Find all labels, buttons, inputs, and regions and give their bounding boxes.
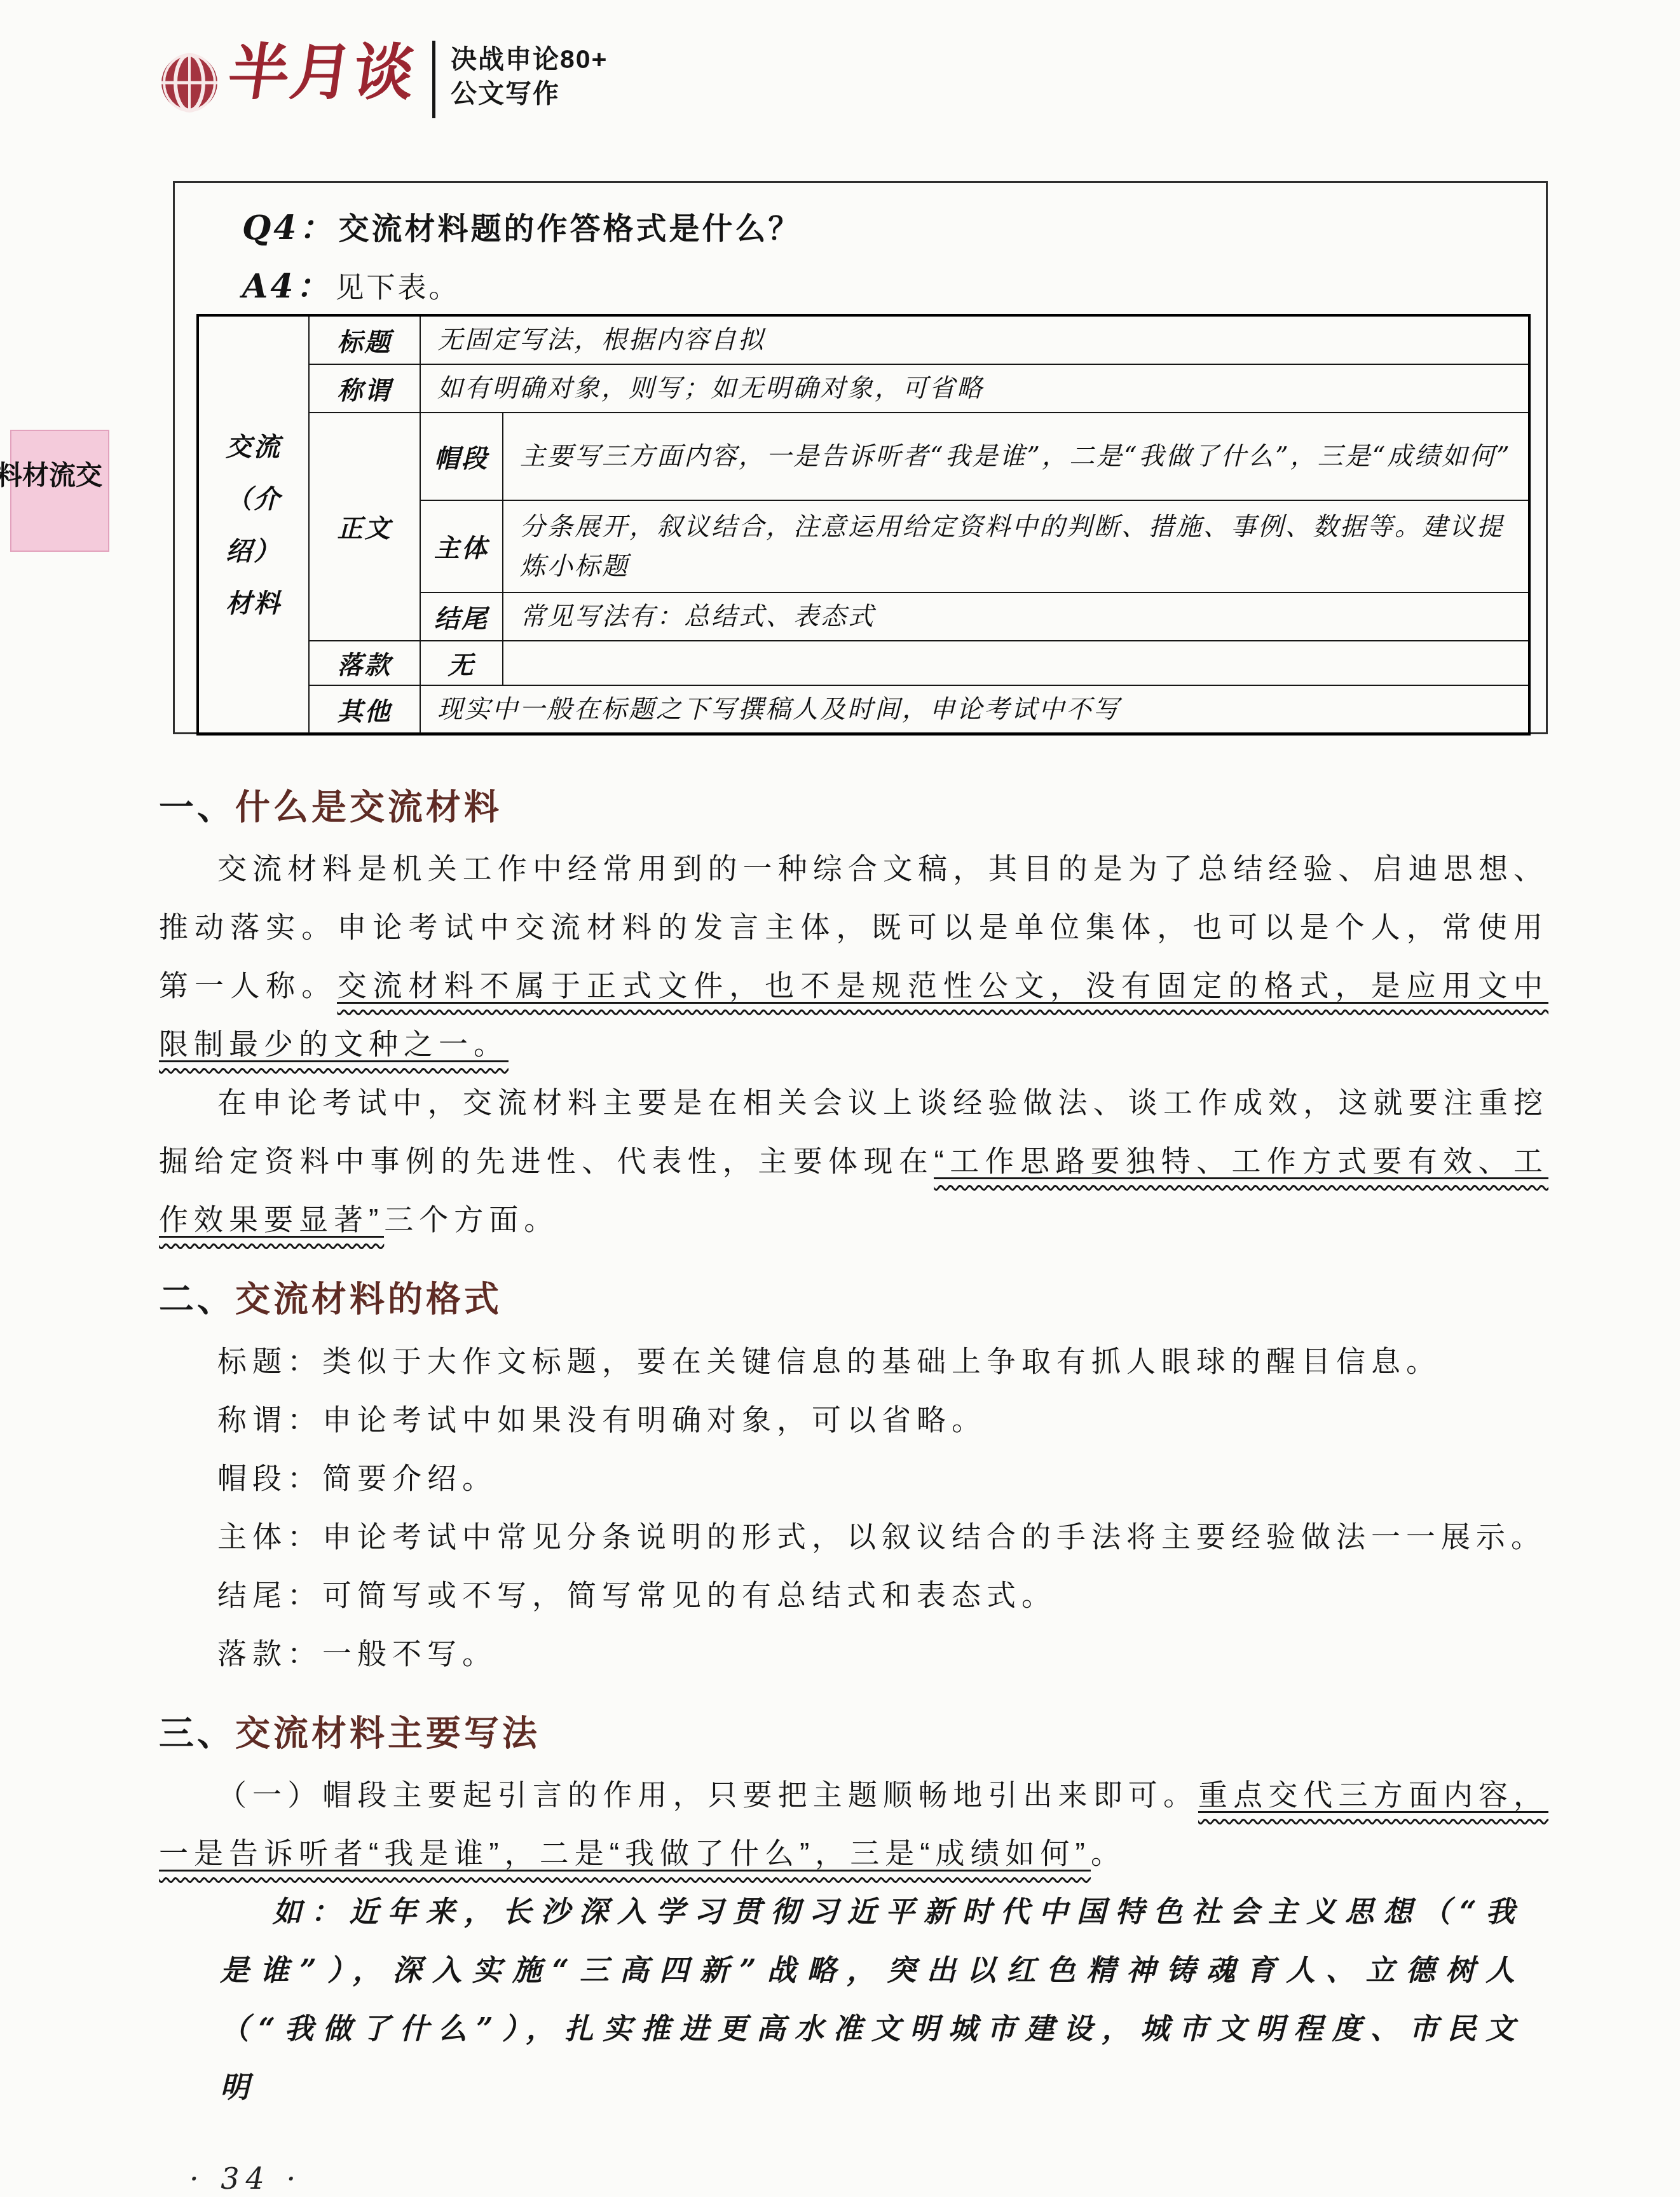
paragraph: 落款：一般不写。 xyxy=(159,1624,1548,1683)
table-cell-content: 无固定写法，根据内容自拟 xyxy=(420,315,1529,364)
table-cell-label: 正文 xyxy=(309,413,420,641)
header-divider xyxy=(432,41,435,118)
question-line: Q4：交流材料题的作答格式是什么？ xyxy=(242,201,802,249)
paragraph: 标题：类似于大作文标题，要在关键信息的基础上争取有抓人眼球的醒目信息。 xyxy=(159,1332,1548,1390)
series-subtitle: 公文写作 xyxy=(451,76,608,111)
section-1-paragraphs: 交流材料是机关工作中经常用到的一种综合文稿，其目的是为了总结经验、启迪思想、推动… xyxy=(159,839,1548,1249)
section-heading-2: 二、交流材料的格式 xyxy=(159,1275,1548,1322)
answer-format-table: 交流 （介绍） 材料 标题 无固定写法，根据内容自拟 称谓 如有明确对象，则写；… xyxy=(196,314,1531,736)
brand-logo-text: 半月谈 xyxy=(224,36,421,109)
section-number: 三、 xyxy=(159,1713,235,1753)
table-cell-content: 主要写三方面内容，一是告诉听者“我是谁”，二是“我做了什么”，三是“成绩如何” xyxy=(503,413,1529,500)
table-cell-label: 落款 xyxy=(309,641,420,685)
table-cell-content: 现实中一般在标题之下写撰稿人及时间，申论考试中不写 xyxy=(420,685,1529,734)
table-row: 落款 无 xyxy=(198,641,1529,685)
page-number: · 34 · xyxy=(189,2161,302,2196)
series-title: 决战申论80+ xyxy=(451,42,608,76)
paragraph: 主体：申论考试中常见分条说明的形式，以叙议结合的手法将主要经验做法一一展示。 xyxy=(159,1507,1548,1566)
question-text: 交流材料题的作答格式是什么？ xyxy=(338,212,801,246)
answer-label: A4： xyxy=(242,267,336,306)
table-cell-sublabel: 结尾 xyxy=(420,592,503,641)
table-cell-label: 标题 xyxy=(309,315,420,364)
table-row: 正文 帽段 主要写三方面内容，一是告诉听者“我是谁”，二是“我做了什么”，三是“… xyxy=(198,413,1529,500)
section-heading-3: 三、交流材料主要写法 xyxy=(159,1709,1548,1756)
table-row: 交流 （介绍） 材料 标题 无固定写法，根据内容自拟 xyxy=(198,315,1529,364)
paragraph: 在申论考试中，交流材料主要是在相关会议上谈经验做法、谈工作成效，这就要注重挖掘给… xyxy=(159,1073,1548,1249)
banyuetan-globe-icon xyxy=(156,44,222,121)
table-cell-sublabel: 无 xyxy=(420,641,503,685)
paragraph: 结尾：可简写或不写，简写常见的有总结式和表态式。 xyxy=(159,1566,1548,1624)
section-2-paragraphs: 标题：类似于大作文标题，要在关键信息的基础上争取有抓人眼球的醒目信息。称谓：申论… xyxy=(159,1332,1548,1683)
header-titles: 决战申论80+ 公文写作 xyxy=(451,42,608,111)
table-cell-group-label: 交流 （介绍） 材料 xyxy=(198,315,309,734)
table-cell-label: 其他 xyxy=(309,685,420,734)
section-title: 什么是交流材料 xyxy=(235,787,502,826)
text-segment: 。 xyxy=(1091,1837,1126,1870)
text-segment: 主体：申论考试中常见分条说明的形式，以叙议结合的手法将主要经验做法一一展示。 xyxy=(217,1520,1546,1553)
table-cell-sublabel: 主体 xyxy=(420,500,503,592)
table-cell-empty xyxy=(503,641,1529,685)
section-number: 一、 xyxy=(159,787,235,826)
table-cell-label: 称谓 xyxy=(309,364,420,413)
paragraph: 交流材料是机关工作中经常用到的一种综合文稿，其目的是为了总结经验、启迪思想、推动… xyxy=(159,839,1548,1073)
paragraph: （一）帽段主要起引言的作用，只要把主题顺畅地引出来即可。重点交代三方面内容，一是… xyxy=(159,1765,1548,1882)
table-cell-content: 如有明确对象，则写；如无明确对象，可省略 xyxy=(420,364,1529,413)
paragraph: 称谓：申论考试中如果没有明确对象，可以省略。 xyxy=(159,1390,1548,1449)
text-segment: （一）帽段主要起引言的作用，只要把主题顺畅地引出来即可。 xyxy=(217,1778,1198,1811)
chapter-side-tab-label: 交流材料 xyxy=(0,461,100,521)
text-segment: 称谓：申论考试中如果没有明确对象，可以省略。 xyxy=(217,1403,987,1436)
table-cell-content: 常见写法有：总结式、表态式 xyxy=(503,592,1529,641)
text-segment: 落款：一般不写。 xyxy=(217,1637,497,1670)
section-title: 交流材料主要写法 xyxy=(235,1713,540,1753)
book-page: 半月谈 决战申论80+ 公文写作 交流材料 Q4：交流材料题的作答格式是什么？ … xyxy=(0,0,1680,2197)
text-segment: 标题：类似于大作文标题，要在关键信息的基础上争取有抓人眼球的醒目信息。 xyxy=(217,1345,1441,1378)
section-heading-1: 一、什么是交流材料 xyxy=(159,783,1548,830)
table-row: 其他 现实中一般在标题之下写撰稿人及时间，申论考试中不写 xyxy=(198,685,1529,734)
chapter-side-tab: 交流材料 xyxy=(10,430,109,552)
paragraph: 帽段：简要介绍。 xyxy=(159,1449,1548,1507)
answer-line: A4：见下表。 xyxy=(242,259,460,307)
question-label: Q4： xyxy=(242,209,338,247)
table-row: 称谓 如有明确对象，则写；如无明确对象，可省略 xyxy=(198,364,1529,413)
example-paragraph: 如：近年来，长沙深入学习贯彻习近平新时代中国特色社会主义思想（“我是谁”），深入… xyxy=(220,1882,1523,2116)
table-cell-sublabel: 帽段 xyxy=(420,413,503,500)
text-segment: 如：近年来，长沙深入学习贯彻习近平新时代中国特色社会主义思想（“我是谁”），深入… xyxy=(220,1894,1523,2104)
table-cell-content: 分条展开，叙议结合，注意运用给定资料中的判断、措施、事例、数据等。建议提炼小标题 xyxy=(503,500,1529,592)
text-segment: 帽段：简要介绍。 xyxy=(217,1461,497,1495)
qa-box: Q4：交流材料题的作答格式是什么？ A4：见下表。 交流 （介绍） 材料 标题 … xyxy=(173,181,1548,734)
text-segment: 结尾：可简写或不写，简写常见的有总结式和表态式。 xyxy=(217,1578,1056,1612)
main-text-column: 一、什么是交流材料 交流材料是机关工作中经常用到的一种综合文稿，其目的是为了总结… xyxy=(159,783,1548,2116)
page-header: 半月谈 决战申论80+ 公文写作 xyxy=(156,36,608,121)
section-number: 二、 xyxy=(159,1279,235,1318)
section-3-paragraphs: （一）帽段主要起引言的作用，只要把主题顺畅地引出来即可。重点交代三方面内容，一是… xyxy=(159,1765,1548,2116)
answer-text: 见下表。 xyxy=(336,271,460,304)
section-title: 交流材料的格式 xyxy=(235,1279,502,1318)
emphasized-text: 交流材料不属于正式文件，也不是规范性公文，没有固定的格式，是应用文中限制最少的文… xyxy=(159,969,1548,1062)
text-segment: 三个方面。 xyxy=(384,1203,559,1236)
